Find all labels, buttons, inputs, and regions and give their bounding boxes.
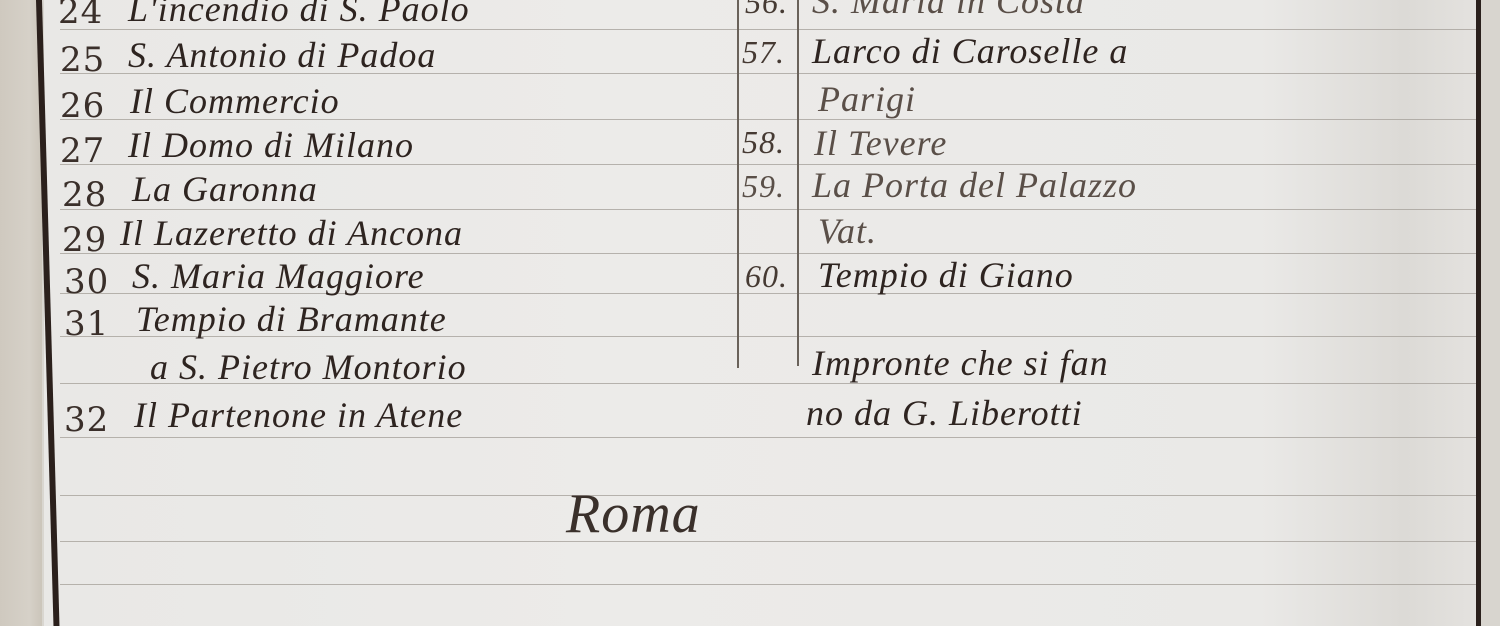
- entry-text: L'incendio di S. Paolo: [128, 0, 470, 30]
- entry-text: S. Maria Maggiore: [132, 255, 425, 297]
- column-divider-left: [737, 0, 739, 368]
- note-line-1: Impronte che si fan: [812, 342, 1109, 384]
- ruled-line: [60, 437, 1476, 438]
- entry-text: S. Antonio di Padoa: [128, 34, 436, 76]
- ruled-line: [60, 584, 1476, 585]
- place-signature: Roma: [566, 482, 701, 546]
- entry-text: La Garonna: [132, 168, 318, 210]
- entry-number: 25: [60, 40, 105, 80]
- entry-number: 28: [62, 175, 107, 215]
- ruled-line: [60, 541, 1476, 542]
- entry-number: 24: [58, 0, 103, 32]
- entry-text: S. Maria in Costa: [812, 0, 1085, 22]
- entry-text: Larco di Caroselle a: [812, 30, 1128, 72]
- entry-text: Il Tevere: [814, 122, 947, 164]
- entry-number: 58.: [742, 124, 785, 161]
- entry-number: 56.: [745, 0, 788, 21]
- note-line-2: no da G. Liberotti: [806, 392, 1083, 434]
- entry-text: Tempio di Giano: [818, 254, 1074, 296]
- entry-text: Il Lazeretto di Ancona: [120, 212, 463, 254]
- entry-number: 29: [62, 220, 107, 260]
- entry-number: 26: [60, 86, 105, 126]
- entry-text: La Porta del Palazzo: [812, 164, 1137, 206]
- entry-text: Il Domo di Milano: [128, 124, 414, 166]
- left-binding-margin: [0, 0, 42, 626]
- entry-continuation: Vat.: [818, 210, 877, 252]
- entry-continuation: Parigi: [818, 78, 916, 120]
- entry-number: 57.: [742, 34, 785, 71]
- entry-text: Tempio di Bramante: [136, 298, 447, 340]
- entry-text: Il Commercio: [130, 80, 340, 122]
- entry-text: Il Partenone in Atene: [134, 394, 463, 436]
- right-margin: [1481, 0, 1500, 626]
- column-divider-right: [797, 0, 799, 366]
- entry-number: 32: [64, 400, 109, 440]
- entry-number: 60.: [745, 258, 788, 295]
- entry-number: 30: [64, 262, 109, 302]
- entry-continuation: a S. Pietro Montorio: [150, 346, 467, 388]
- ruled-line: [60, 495, 1476, 496]
- entry-number: 31: [64, 304, 109, 344]
- entry-number: 59.: [742, 168, 785, 205]
- entry-number: 27: [60, 131, 105, 171]
